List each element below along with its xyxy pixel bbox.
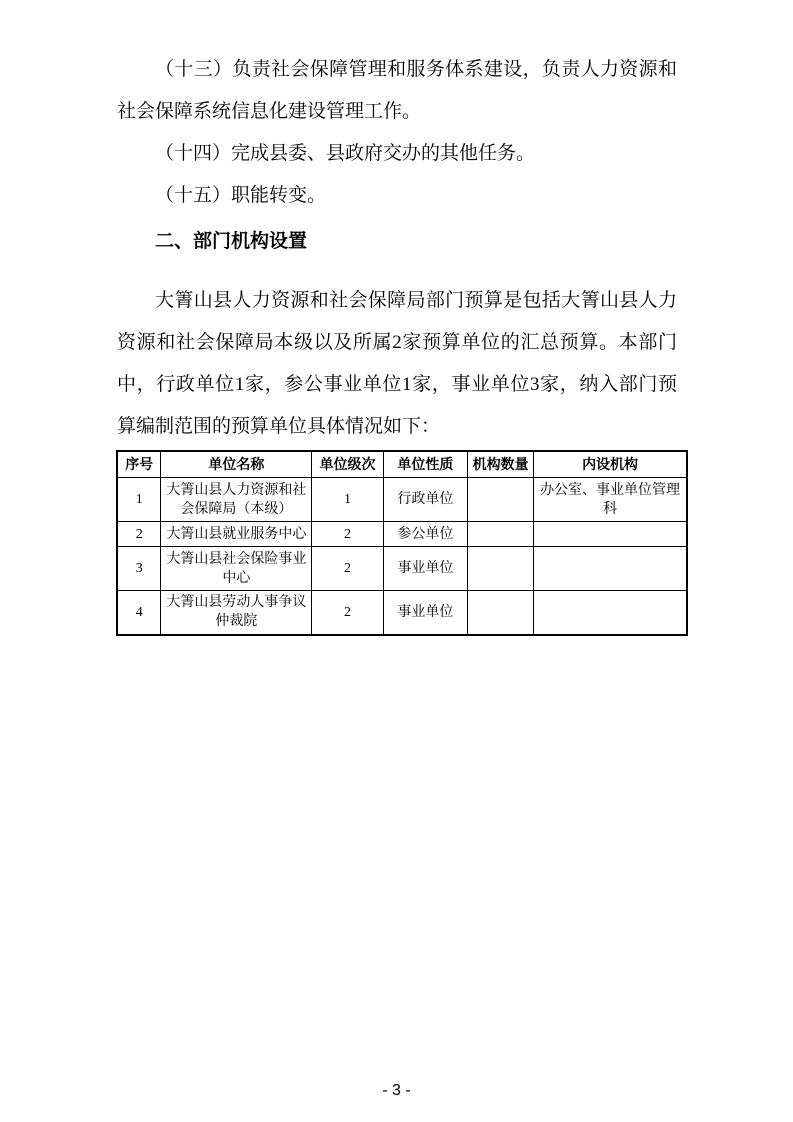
table-cell: 4 — [117, 591, 161, 635]
table-cell: 大箐山县就业服务中心 — [161, 522, 312, 547]
page-number: - 3 - — [0, 1082, 793, 1100]
table-body: 1大箐山县人力资源和社会保障局（本级）1行政单位办公室、事业单位管理科2大箐山县… — [117, 478, 687, 635]
table-cell: 1 — [117, 478, 161, 522]
budget-units-table: 序号单位名称单位级次单位性质机构数量内设机构 1大箐山县人力资源和社会保障局（本… — [116, 450, 688, 636]
table-header-row: 序号单位名称单位级次单位性质机构数量内设机构 — [117, 451, 687, 478]
table-cell — [468, 478, 534, 522]
table-cell: 行政单位 — [383, 478, 467, 522]
table-cell — [468, 591, 534, 635]
table-cell: 参公单位 — [383, 522, 467, 547]
page-content: （十三）负责社会保障管理和服务体系建设，负责人力资源和社会保障系统信息化建设管理… — [117, 49, 677, 636]
table-cell — [468, 522, 534, 547]
table-cell: 大箐山县人力资源和社会保障局（本级） — [161, 478, 312, 522]
table-cell — [534, 522, 687, 547]
table-cell: 2 — [117, 522, 161, 547]
table-cell — [534, 591, 687, 635]
table-cell — [534, 547, 687, 591]
table-cell: 事业单位 — [383, 547, 467, 591]
table-row: 1大箐山县人力资源和社会保障局（本级）1行政单位办公室、事业单位管理科 — [117, 478, 687, 522]
document-page: （十三）负责社会保障管理和服务体系建设，负责人力资源和社会保障系统信息化建设管理… — [0, 0, 793, 1122]
section-heading: 二、部门机构设置 — [117, 221, 677, 263]
table-cell: 2 — [312, 591, 383, 635]
table-cell: 事业单位 — [383, 591, 467, 635]
table-cell: 2 — [312, 547, 383, 591]
table-cell — [468, 547, 534, 591]
table-cell: 大箐山县劳动人事争议仲裁院 — [161, 591, 312, 635]
table-row: 3大箐山县社会保险事业中心2事业单位 — [117, 547, 687, 591]
header-cell: 单位性质 — [383, 451, 467, 478]
table-cell: 大箐山县社会保险事业中心 — [161, 547, 312, 591]
table-cell: 1 — [312, 478, 383, 522]
header-cell: 内设机构 — [534, 451, 687, 478]
table-cell: 3 — [117, 547, 161, 591]
paragraph-duty-15: （十五）职能转变。 — [117, 175, 677, 217]
paragraph-duty-13: （十三）负责社会保障管理和服务体系建设，负责人力资源和社会保障系统信息化建设管理… — [117, 49, 677, 133]
table-cell: 办公室、事业单位管理科 — [534, 478, 687, 522]
paragraph-duty-14: （十四）完成县委、县政府交办的其他任务。 — [117, 133, 677, 175]
table-row: 2大箐山县就业服务中心2参公单位 — [117, 522, 687, 547]
header-cell: 单位名称 — [161, 451, 312, 478]
intro-paragraph: 大箐山县人力资源和社会保障局部门预算是包括大箐山县人力资源和社会保障局本级以及所… — [117, 280, 677, 448]
header-cell: 序号 — [117, 451, 161, 478]
table-row: 4大箐山县劳动人事争议仲裁院2事业单位 — [117, 591, 687, 635]
table-cell: 2 — [312, 522, 383, 547]
header-cell: 机构数量 — [468, 451, 534, 478]
header-cell: 单位级次 — [312, 451, 383, 478]
